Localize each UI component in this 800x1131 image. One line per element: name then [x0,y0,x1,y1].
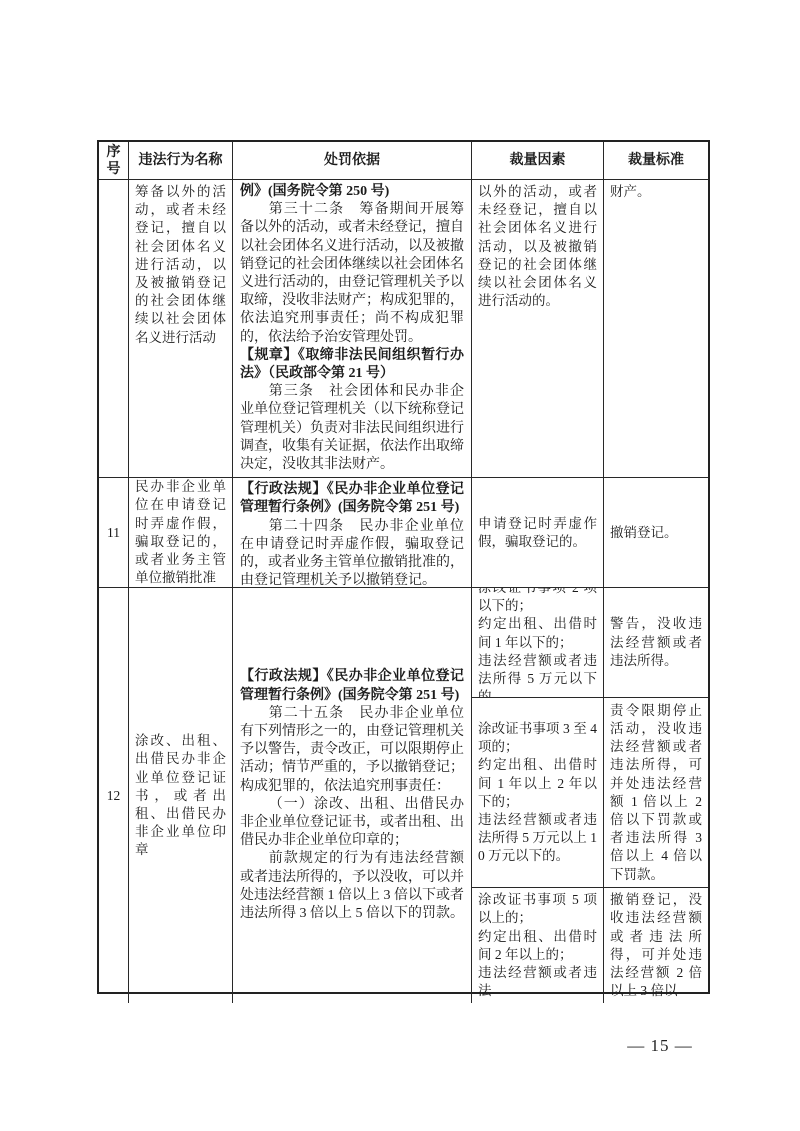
law-citation: 【行政法规】《民办非企业单位登记管理暂行条例》(国务院令第 251 号) [240,668,464,704]
basis-paragraph: 第二十五条 民办非企业单位有下列情形之一的，由登记管理机关予以警告，责令改正，可… [240,705,464,796]
penalty-discretion-table: 序号 违法行为名称 处罚依据 裁量因素 裁量标准 筹备以外的活动，或者未经登记，… [97,140,710,994]
factor-standard-group: 涂改证书事项 2 项以下的； 约定出租、出借时间 1 年以下的； 违法经营额或者… [472,588,708,1003]
discretion-factor-cell: 申请登记时弄虚作假，骗取登记的。 [472,478,604,587]
serial-cell [99,180,129,477]
standard-text: 撤销登记。 [610,524,702,542]
table-row-12: 12 涂改、出租、出借民办非企业单位登记证书，或者出租、出借民办非企业单位印章 … [99,588,708,1003]
factor-standard-group: 以外的活动，或者未经登记，擅自以社会团体名义进行活动，以及被撤销登记的社会团体继… [472,180,708,477]
law-citation: 例》(国务院令第 250 号) [240,183,464,201]
factor-standard-subrow-3: 涂改证书事项 5 项以上的； 约定出租、出借时间 2 年以上的； 违法经营额或者… [472,888,708,1003]
standard-text: 财产。 [610,183,702,201]
violation-name-cell: 筹备以外的活动，或者未经登记，擅自以社会团体名义进行活动，以及被撤销登记的社会团… [129,180,233,477]
table-header-row: 序号 违法行为名称 处罚依据 裁量因素 裁量标准 [99,142,708,180]
header-discretion-factors: 裁量因素 [472,142,604,179]
factor-clause: 约定出租、出借时间 1 年以下的； [478,615,597,651]
basis-paragraph: （一）涂改、出租、出借民办非企业单位登记证书，或者出租、出借民办非企业单位印章的… [240,796,464,851]
document-page: 序号 违法行为名称 处罚依据 裁量因素 裁量标准 筹备以外的活动，或者未经登记，… [0,0,800,1131]
discretion-factor-cell: 涂改证书事项 2 项以下的； 约定出租、出借时间 1 年以下的； 违法经营额或者… [472,588,604,697]
serial-cell: 11 [99,478,129,587]
violation-name-cell: 民办非企业单位在申请登记时弄虚作假，骗取登记的，或者业务主管单位撤销批准 [129,478,233,587]
penalty-basis-cell: 例》(国务院令第 250 号) 第三十二条 筹备期间开展筹备以外的活动，或者未经… [233,180,472,477]
basis-paragraph: 第三十二条 筹备期间开展筹备以外的活动，或者未经登记，擅自以社会团体名义进行活动… [240,201,464,347]
factor-clause: 涂改证书事项 5 项以上的； [478,891,597,927]
table-row-11: 11 民办非企业单位在申请登记时弄虚作假，骗取登记的，或者业务主管单位撤销批准 … [99,478,708,588]
basis-paragraph: 前款规定的行为有违法经营额或者违法所得的，予以没收，可以并处违法经营额 1 倍以… [240,850,464,923]
factor-clause: 约定出租、出借时间 1 年以上 2 年以下的； [478,756,597,811]
factor-clause: 以外的活动，或者未经登记，擅自以社会团体名义进行活动，以及被撤销登记的社会团体继… [478,183,597,310]
law-citation: 【规章】《取缔非法民间组织暂行办法》（民政部令第 21 号） [240,347,464,383]
violation-name-text: 涂改、出租、出借民办非企业单位登记证书，或者出租、出借民办非企业单位印章 [135,732,226,859]
discretion-factor-cell: 涂改证书事项 5 项以上的； 约定出租、出借时间 2 年以上的； 违法经营额或者… [472,888,604,1003]
factor-clause: 涂改证书事项 3 至 4 项的； [478,720,597,756]
factor-clause: 申请登记时弄虚作假，骗取登记的。 [478,515,597,551]
factor-clause: 涂改证书事项 2 项以下的； [478,588,597,615]
factor-standard-subrow: 申请登记时弄虚作假，骗取登记的。 撤销登记。 [472,478,708,587]
standard-text: 警告，没收违法经营额或者违法所得。 [610,615,702,670]
header-serial-number: 序号 [99,142,129,179]
factor-standard-subrow-1: 涂改证书事项 2 项以下的； 约定出租、出借时间 1 年以下的； 违法经营额或者… [472,588,708,698]
factor-standard-subrow-2: 涂改证书事项 3 至 4 项的； 约定出租、出借时间 1 年以上 2 年以下的；… [472,698,708,888]
page-number: — 15 — [600,1036,720,1056]
factor-standard-group: 申请登记时弄虚作假，骗取登记的。 撤销登记。 [472,478,708,587]
basis-paragraph: 第二十四条 民办非企业单位在申请登记时弄虚作假，骗取登记的，或者业务主管单位撤销… [240,518,464,588]
discretion-standard-cell: 财产。 [604,180,708,477]
discretion-standard-cell: 责令限期停止活动，没收违法经营额或者违法所得，可并处违法经营额 1 倍以上 2 … [604,698,708,887]
factor-standard-subrow: 以外的活动，或者未经登记，擅自以社会团体名义进行活动，以及被撤销登记的社会团体继… [472,180,708,477]
standard-text: 撤销登记，没收违法经营额或者违法所得，可并处违法经营额 2 倍以上 3 倍以 [610,891,702,1000]
violation-name-cell: 涂改、出租、出借民办非企业单位登记证书，或者出租、出借民办非企业单位印章 [129,588,233,1003]
factor-clause: 约定出租、出借时间 2 年以上的； [478,928,597,964]
discretion-standard-cell: 撤销登记。 [604,478,708,587]
law-citation: 【行政法规】《民办非企业单位登记管理暂行条例》(国务院令第 251 号) [240,481,464,517]
discretion-standard-cell: 警告，没收违法经营额或者违法所得。 [604,588,708,697]
header-violation-name: 违法行为名称 [129,142,233,179]
discretion-factor-cell: 以外的活动，或者未经登记，擅自以社会团体名义进行活动，以及被撤销登记的社会团体继… [472,180,604,477]
factor-clause: 违法经营额或者违法 [478,964,597,1000]
penalty-basis-cell: 【行政法规】《民办非企业单位登记管理暂行条例》(国务院令第 251 号) 第二十… [233,588,472,1003]
discretion-factor-cell: 涂改证书事项 3 至 4 项的； 约定出租、出借时间 1 年以上 2 年以下的；… [472,698,604,887]
serial-cell: 12 [99,588,129,1003]
factor-clause: 违法经营额或者违法所得 5 万元以上 10 万元以下的。 [478,811,597,866]
penalty-basis-cell: 【行政法规】《民办非企业单位登记管理暂行条例》(国务院令第 251 号) 第二十… [233,478,472,587]
header-penalty-basis: 处罚依据 [233,142,472,179]
table-row-10-continuation: 筹备以外的活动，或者未经登记，擅自以社会团体名义进行活动，以及被撤销登记的社会团… [99,180,708,478]
factor-clause: 违法经营额或者违法所得 5 万元以下的。 [478,652,597,697]
standard-text: 责令限期停止活动，没收违法经营额或者违法所得，可并处违法经营额 1 倍以上 2 … [610,702,702,884]
violation-name-text: 民办非企业单位在申请登记时弄虚作假，骗取登记的，或者业务主管单位撤销批准 [135,478,226,587]
violation-name-text: 筹备以外的活动，或者未经登记，擅自以社会团体名义进行活动，以及被撤销登记的社会团… [135,183,226,347]
discretion-standard-cell: 撤销登记，没收违法经营额或者违法所得，可并处违法经营额 2 倍以上 3 倍以 [604,888,708,1003]
header-discretion-standards: 裁量标准 [604,142,708,179]
basis-paragraph: 第三条 社会团体和民办非企业单位登记管理机关（以下统称登记管理机关）负责对非法民… [240,383,464,474]
